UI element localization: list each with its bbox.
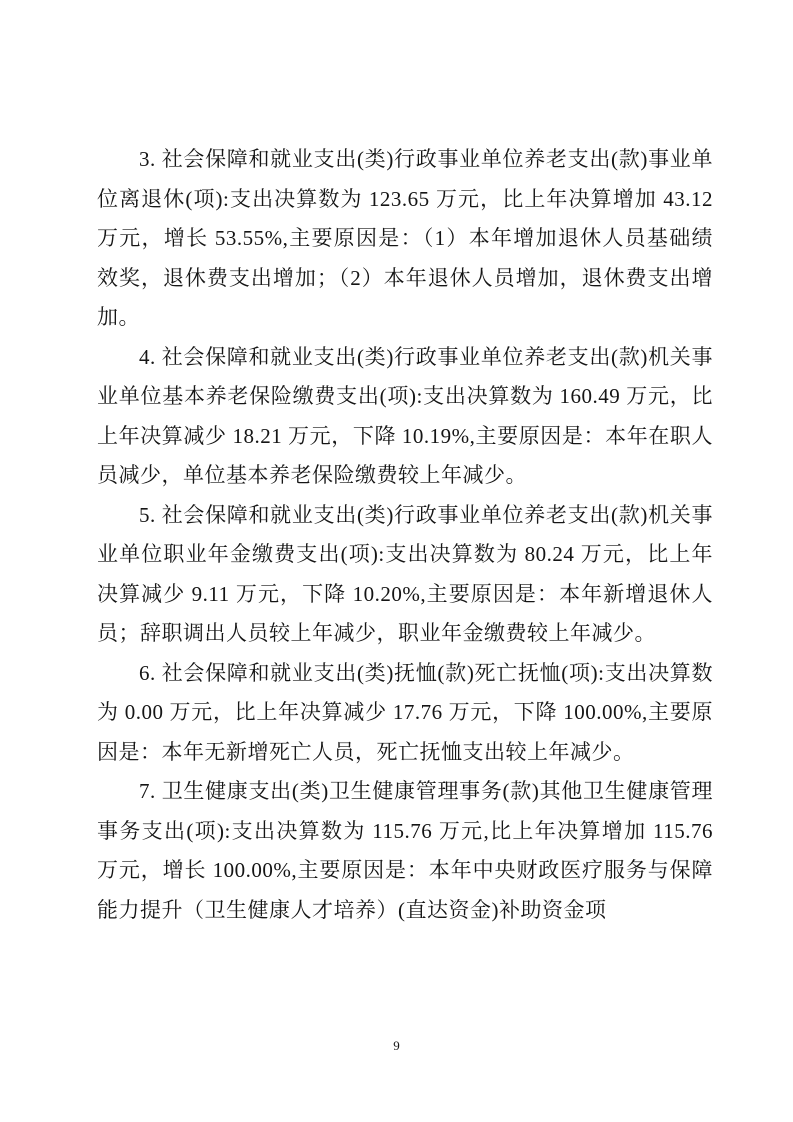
paragraph-item-3: 3. 社会保障和就业支出(类)行政事业单位养老支出(款)事业单位离退休(项):支… (97, 140, 713, 338)
paragraph-item-7: 7. 卫生健康支出(类)卫生健康管理事务(款)其他卫生健康管理事务支出(项):支… (97, 772, 713, 930)
document-page: 3. 社会保障和就业支出(类)行政事业单位养老支出(款)事业单位离退休(项):支… (0, 0, 793, 1122)
document-body: 3. 社会保障和就业支出(类)行政事业单位养老支出(款)事业单位离退休(项):支… (97, 140, 713, 930)
paragraph-item-5: 5. 社会保障和就业支出(类)行政事业单位养老支出(款)机关事业单位职业年金缴费… (97, 496, 713, 654)
paragraph-item-6: 6. 社会保障和就业支出(类)抚恤(款)死亡抚恤(项):支出决算数为 0.00 … (97, 654, 713, 773)
paragraph-item-4: 4. 社会保障和就业支出(类)行政事业单位养老支出(款)机关事业单位基本养老保险… (97, 338, 713, 496)
page-number: 9 (0, 1038, 793, 1054)
